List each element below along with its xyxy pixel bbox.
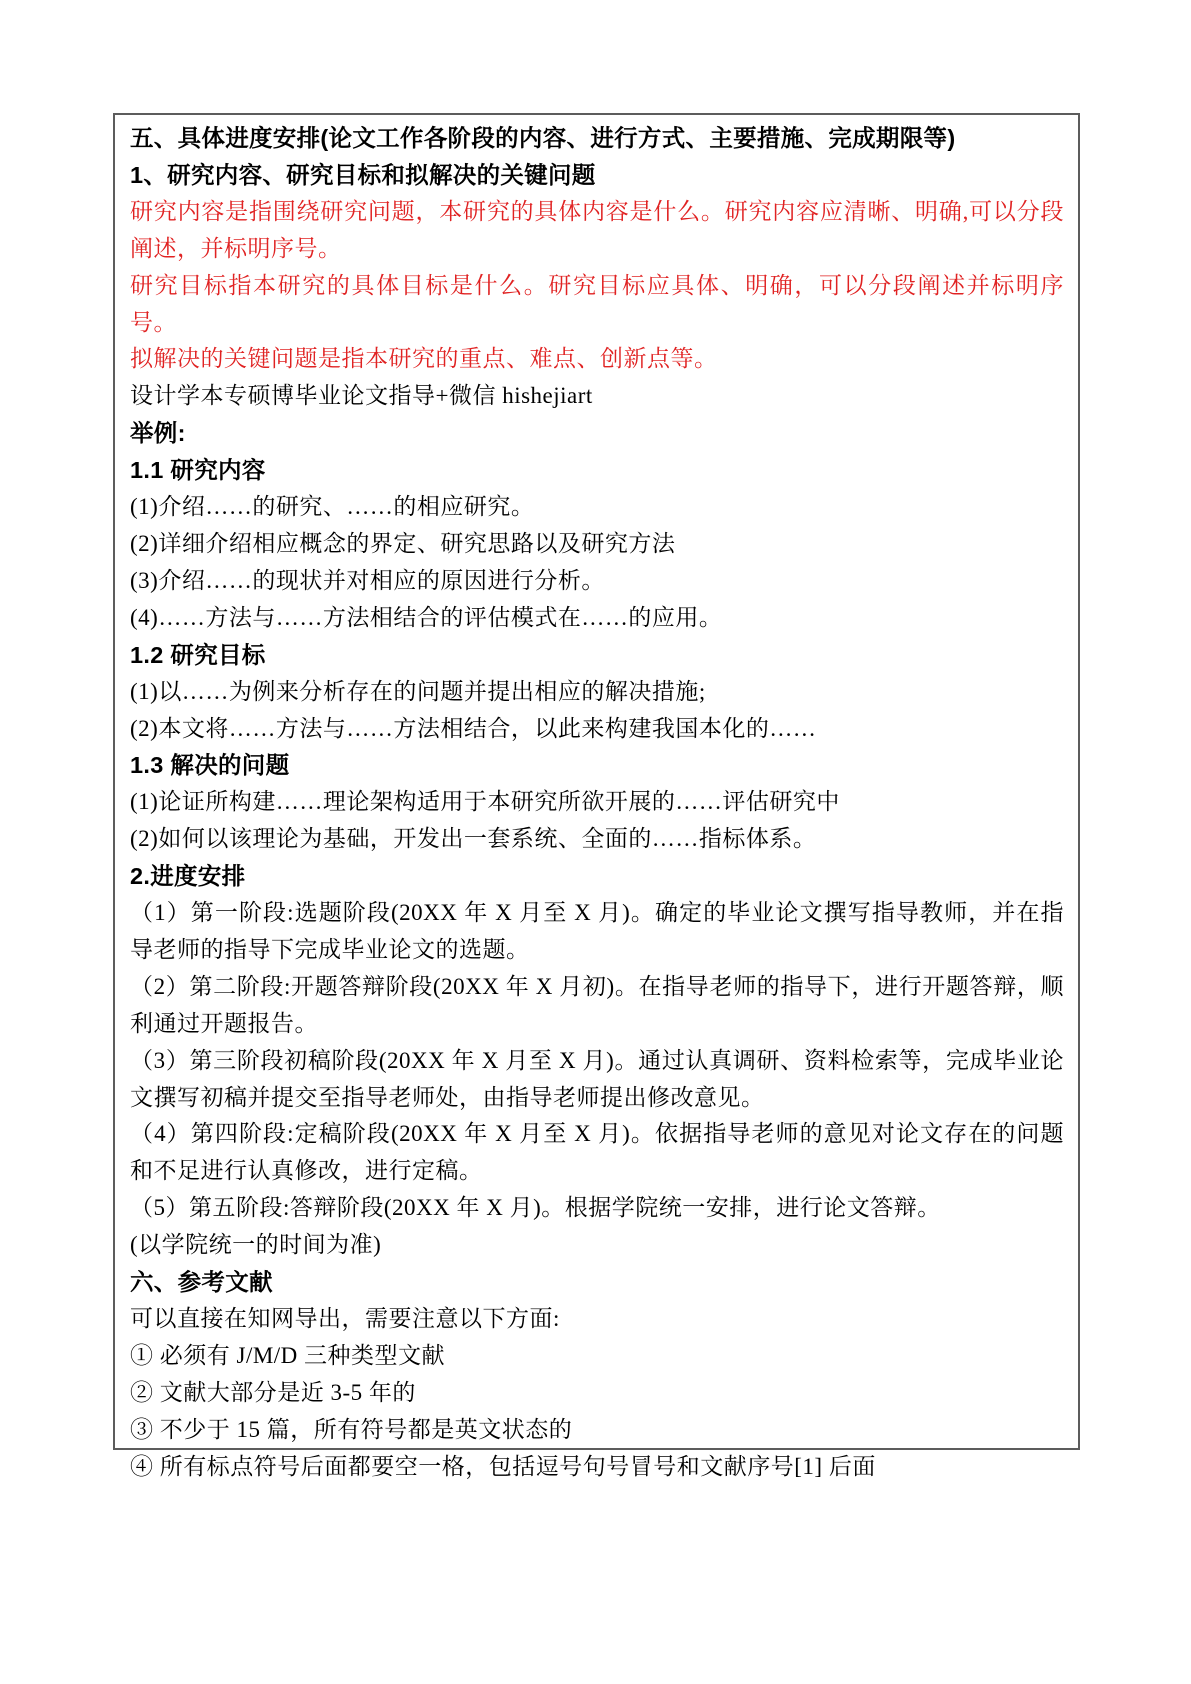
document-paragraph: ② 文献大部分是近 3-5 年的 <box>130 1375 1064 1412</box>
document-paragraph: (以学院统一的时间为准) <box>130 1227 1064 1264</box>
document-paragraph: (4)……方法与……方法相结合的评估模式在……的应用。 <box>130 600 1064 637</box>
document-paragraph: (1)介绍……的研究、……的相应研究。 <box>130 489 1064 526</box>
document-paragraph: (1)论证所构建……理论架构适用于本研究所欲开展的……评估研究中 <box>130 784 1064 821</box>
paragraph-container: 五、具体进度安排(论文工作各阶段的内容、进行方式、主要措施、完成期限等)1、研究… <box>130 120 1064 1486</box>
document-paragraph: (1)以……为例来分析存在的问题并提出相应的解决措施; <box>130 674 1064 711</box>
document-paragraph: (2)如何以该理论为基础，开发出一套系统、全面的……指标体系。 <box>130 821 1064 858</box>
document-paragraph: （2）第二阶段:开题答辩阶段(20XX 年 X 月初)。在指导老师的指导下，进行… <box>130 969 1064 1043</box>
document-paragraph: （5）第五阶段:答辩阶段(20XX 年 X 月)。根据学院统一安排，进行论文答辩… <box>130 1190 1064 1227</box>
section-heading: 六、参考文献 <box>130 1264 1064 1301</box>
document-paragraph: (3)介绍……的现状并对相应的原因进行分析。 <box>130 563 1064 600</box>
section-heading: 五、具体进度安排(论文工作各阶段的内容、进行方式、主要措施、完成期限等) <box>130 120 1064 157</box>
document-paragraph: ③ 不少于 15 篇，所有符号都是英文状态的 <box>130 1412 1064 1449</box>
document-paragraph: (2)详细介绍相应概念的界定、研究思路以及研究方法 <box>130 526 1064 563</box>
document-paragraph: （4）第四阶段:定稿阶段(20XX 年 X 月至 X 月)。依据指导老师的意见对… <box>130 1116 1064 1190</box>
document-paragraph: (2)本文将……方法与……方法相结合，以此来构建我国本化的…… <box>130 711 1064 748</box>
section-heading: 1.2 研究目标 <box>130 637 1064 674</box>
document-page: 五、具体进度安排(论文工作各阶段的内容、进行方式、主要措施、完成期限等)1、研究… <box>0 0 1191 1684</box>
document-paragraph: （1）第一阶段:选题阶段(20XX 年 X 月至 X 月)。确定的毕业论文撰写指… <box>130 895 1064 969</box>
document-paragraph: 拟解决的关键问题是指本研究的重点、难点、创新点等。 <box>130 341 1064 378</box>
document-paragraph: （3）第三阶段初稿阶段(20XX 年 X 月至 X 月)。通过认真调研、资料检索… <box>130 1043 1064 1117</box>
document-paragraph: 研究内容是指围绕研究问题，本研究的具体内容是什么。研究内容应清晰、明确,可以分段… <box>130 194 1064 268</box>
section-heading: 1、研究内容、研究目标和拟解决的关键问题 <box>130 157 1064 194</box>
section-heading: 2.进度安排 <box>130 858 1064 895</box>
document-paragraph: 可以直接在知网导出，需要注意以下方面: <box>130 1301 1064 1338</box>
section-heading: 举例: <box>130 415 1064 452</box>
content-border-box: 五、具体进度安排(论文工作各阶段的内容、进行方式、主要措施、完成期限等)1、研究… <box>113 113 1080 1450</box>
section-heading: 1.3 解决的问题 <box>130 747 1064 784</box>
section-heading: 1.1 研究内容 <box>130 452 1064 489</box>
document-paragraph: 研究目标指本研究的具体目标是什么。研究目标应具体、明确，可以分段阐述并标明序号。 <box>130 268 1064 342</box>
document-paragraph: 设计学本专硕博毕业论文指导+微信 hishejiart <box>130 378 1064 415</box>
document-paragraph: ④ 所有标点符号后面都要空一格，包括逗号句号冒号和文献序号[1] 后面 <box>130 1449 1064 1486</box>
document-paragraph: ① 必须有 J/M/D 三种类型文献 <box>130 1338 1064 1375</box>
